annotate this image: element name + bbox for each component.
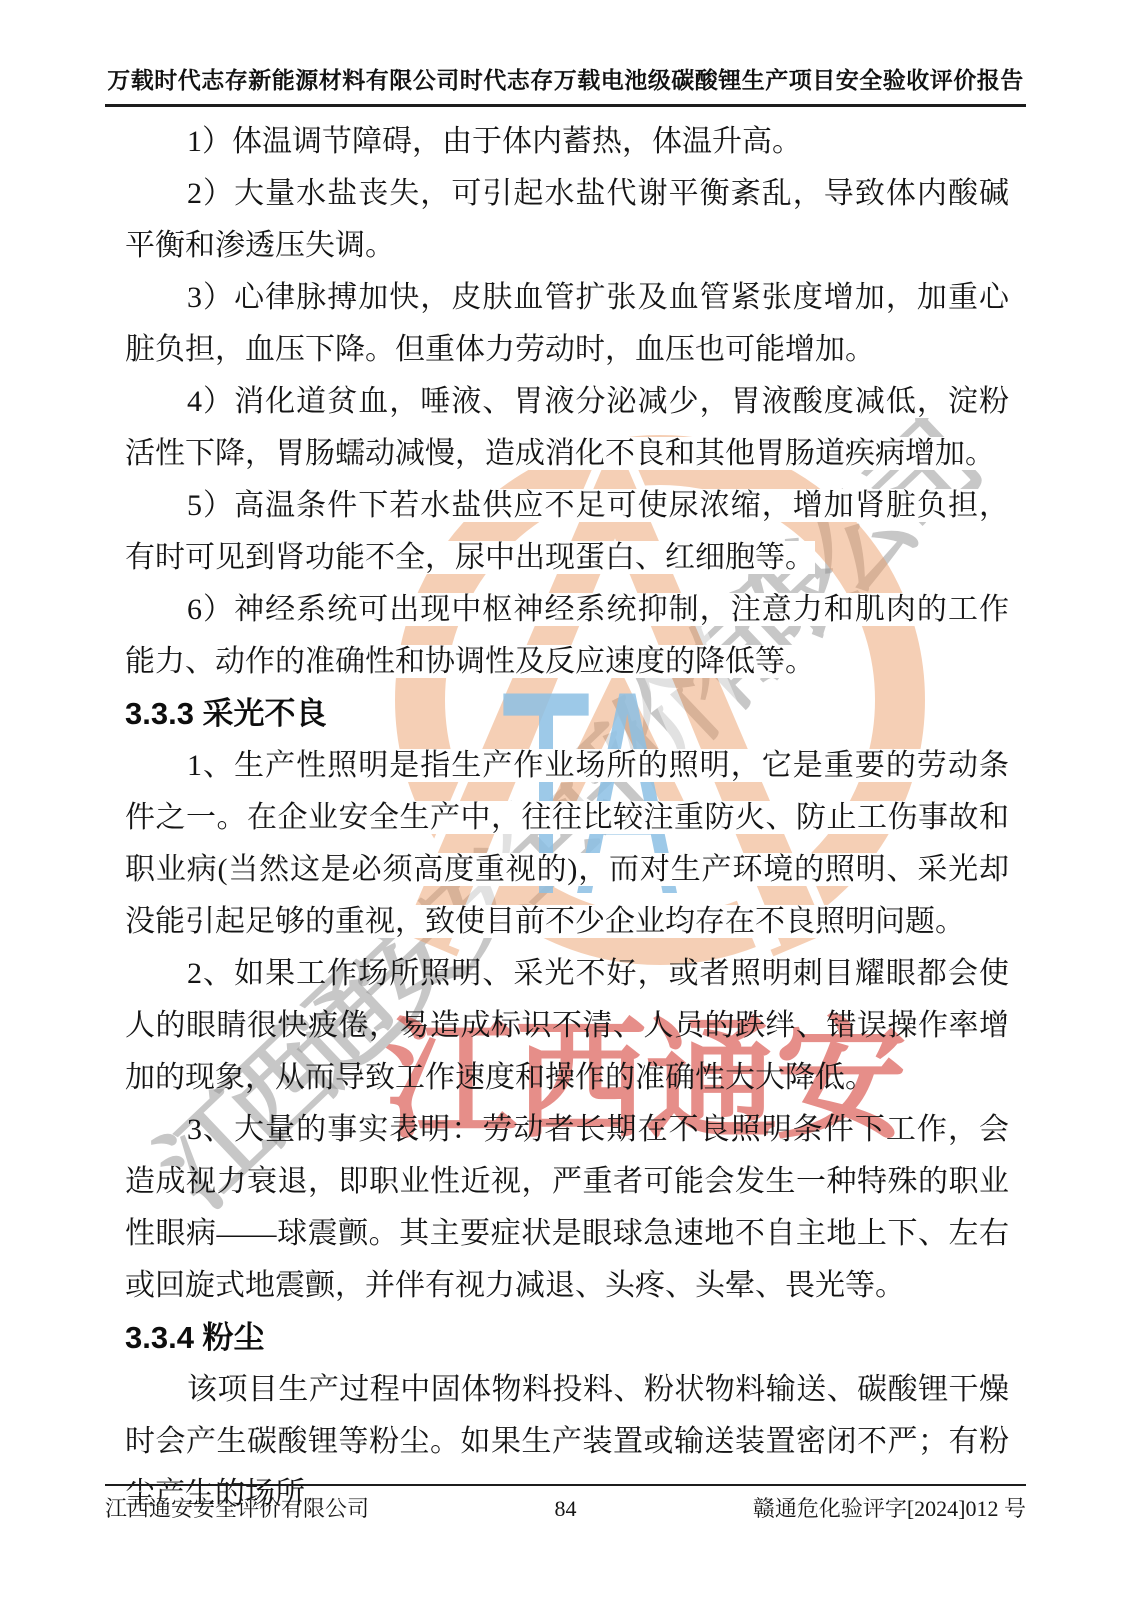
paragraph-5: 5）高温条件下若水盐供应不足可使尿浓缩，增加肾脏负担，有时可见到肾功能不全，尿中…	[125, 480, 1009, 584]
paragraph-6: 6）神经系统可出现中枢神经系统抑制，注意力和肌肉的工作能力、动作的准确性和协调性…	[125, 584, 1009, 688]
section-heading-3-3-3: 3.3.3 采光不良	[125, 688, 1009, 740]
report-title: 万载时代志存新能源材料有限公司时代志存万载电池级碳酸锂生产项目安全验收评价报告	[105, 62, 1026, 95]
section-heading-3-3-4: 3.3.4 粉尘	[125, 1312, 1009, 1364]
page-header: 万载时代志存新能源材料有限公司时代志存万载电池级碳酸锂生产项目安全验收评价报告	[105, 62, 1026, 107]
document-page: 江西通安安全评价有限公司 TA 江西通安 万载时代志存新能源材料有限公司时代志存…	[0, 0, 1131, 1600]
paragraph-7: 1、生产性照明是指生产作业场所的照明，它是重要的劳动条件之一。在企业安全生产中，…	[125, 740, 1009, 948]
paragraph-6-text: 6）神经系统可出现中枢神经系统抑制，注意力和肌肉的工作能力、动作的准确性和协调性…	[125, 593, 1009, 678]
paragraph-4-text: 4）消化道贫血，唾液、胃液分泌减少，胃液酸度减低，淀粉活性下降，胃肠蠕动减慢，造…	[125, 385, 1009, 470]
paragraph-5-text: 5）高温条件下若水盐供应不足可使尿浓缩，增加肾脏负担，有时可见到肾功能不全，尿中…	[125, 489, 1009, 574]
document-body: 1）体温调节障碍，由于体内蓄热，体温升高。 2）大量水盐丧失，可引起水盐代谢平衡…	[125, 116, 1009, 1520]
paragraph-8: 2、如果工作场所照明、采光不好，或者照明刺目耀眼都会使人的眼睛很快疲倦，易造成标…	[125, 948, 1009, 1104]
footer-company-name: 江西通安安全评价有限公司	[105, 1492, 555, 1523]
page-footer: 江西通安安全评价有限公司 84 赣通危化验评字[2024]012 号	[105, 1484, 1026, 1523]
content-layer: 万载时代志存新能源材料有限公司时代志存万载电池级碳酸锂生产项目安全验收评价报告 …	[0, 0, 1131, 1600]
footer-row: 江西通安安全评价有限公司 84 赣通危化验评字[2024]012 号	[105, 1492, 1026, 1523]
footer-document-number: 赣通危化验评字[2024]012 号	[577, 1492, 1027, 1523]
paragraph-4: 4）消化道贫血，唾液、胃液分泌减少，胃液酸度减低，淀粉活性下降，胃肠蠕动减慢，造…	[125, 376, 1009, 480]
footer-rule	[105, 1484, 1026, 1486]
paragraph-2: 2）大量水盐丧失，可引起水盐代谢平衡紊乱，导致体内酸碱平衡和渗透压失调。	[125, 168, 1009, 272]
paragraph-9: 3、大量的事实表明：劳动者长期在不良照明条件下工作，会造成视力衰退，即职业性近视…	[125, 1104, 1009, 1312]
paragraph-3: 3）心律脉搏加快，皮肤血管扩张及血管紧张度增加，加重心脏负担，血压下降。但重体力…	[125, 272, 1009, 376]
paragraph-7-text: 1、生产性照明是指生产作业场所的照明，它是重要的劳动条件之一。在企业安全生产中，…	[125, 749, 1009, 938]
page-number: 84	[555, 1496, 577, 1522]
header-rule	[105, 104, 1026, 107]
paragraph-1: 1）体温调节障碍，由于体内蓄热，体温升高。	[125, 116, 1009, 168]
